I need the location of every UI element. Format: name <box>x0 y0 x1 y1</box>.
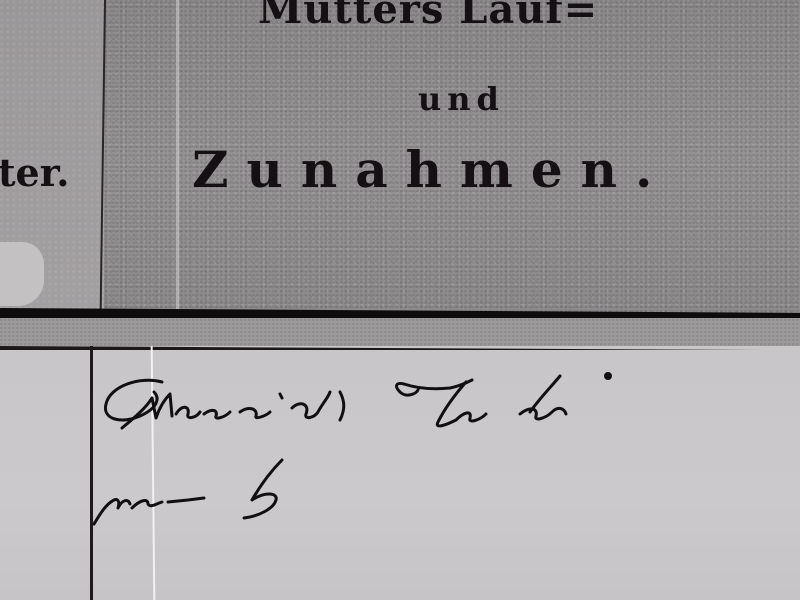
column-heading-line2: und <box>418 80 505 118</box>
document-photo: ter. Mutters Lauf= und Zunahmen. Maria T… <box>0 0 800 600</box>
handwriting-strokes-line2 <box>92 456 332 526</box>
header-separator-band <box>0 318 800 346</box>
column-heading-line1: Mutters Lauf= <box>258 0 598 33</box>
left-column-heading-fragment: ter. <box>0 150 70 195</box>
handwriting-strokes-line1 <box>100 368 780 448</box>
handwritten-entry-line1: Maria Taler <box>100 368 780 448</box>
paper-fold-line <box>176 0 179 318</box>
column-heading-line3: Zunahmen. <box>192 140 670 199</box>
torn-paper-patch <box>0 242 44 306</box>
handwritten-entry-line2: geb. <box>92 456 332 526</box>
